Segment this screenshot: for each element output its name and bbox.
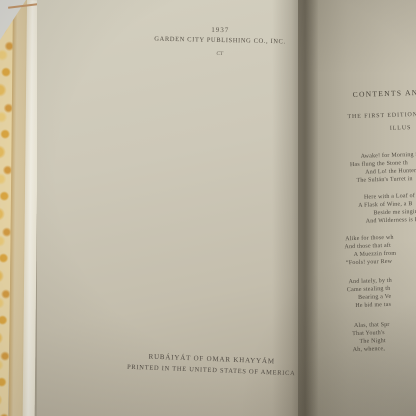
- verse-line: The Sultán's Turret in: [356, 176, 412, 184]
- verse-line: And those that aft: [344, 243, 391, 250]
- verse-line: A Flask of Wine, a B: [358, 201, 412, 209]
- verse-line: And lately, by th: [349, 278, 393, 285]
- publisher-name: GARDEN CITY PUBLISHING CO., INC.: [125, 35, 315, 46]
- contents-heading: CONTENTS AN: [353, 88, 416, 99]
- verse-line: Alike for those wh: [345, 235, 394, 243]
- verse-line: Alas, that Spr: [354, 322, 390, 329]
- colophon-block: RUBÁIYÁT OF OMAR KHAYYÁM PRINTED IN THE …: [109, 351, 315, 378]
- verse-line: He bid me tas: [355, 302, 391, 309]
- copyright-block: 1937 GARDEN CITY PUBLISHING CO., INC. CT: [125, 24, 316, 59]
- verse-line: The Night: [359, 338, 385, 345]
- verse-line: A Muezzin from: [354, 251, 397, 258]
- verse-line: Ah, whence,: [353, 346, 386, 353]
- verse-line: “Fools! your Rew: [346, 259, 392, 266]
- verse-line: Has flung the Stone th: [350, 160, 408, 168]
- contents-text-block: CONTENTS AN THE FIRST EDITION ILLUS Awak…: [293, 0, 416, 416]
- verse-line: And Wilderness is P: [366, 217, 416, 225]
- verse-line: Beside me singing: [373, 209, 416, 216]
- verse-line: Awake! for Morning in: [361, 152, 416, 160]
- illustrations-note: ILLUS: [390, 125, 412, 132]
- verse-line: Bearing a Ve: [358, 294, 391, 301]
- verse-line: And Lo! the Hunter o: [365, 168, 416, 176]
- verse-line: Here with a Loaf of: [364, 193, 415, 201]
- left-page: 1937 GARDEN CITY PUBLISHING CO., INC. CT…: [37, 0, 299, 416]
- right-page: CONTENTS AN THE FIRST EDITION ILLUS Awak…: [298, 0, 416, 416]
- copyright-year: 1937: [125, 24, 315, 36]
- verse-line: That Youth's: [352, 330, 385, 337]
- book-photo: 1937 GARDEN CITY PUBLISHING CO., INC. CT…: [0, 0, 416, 416]
- verse-line: Came stealing th: [347, 286, 391, 293]
- printer-mark: CT: [125, 49, 315, 59]
- first-edition-note: THE FIRST EDITION: [347, 112, 416, 120]
